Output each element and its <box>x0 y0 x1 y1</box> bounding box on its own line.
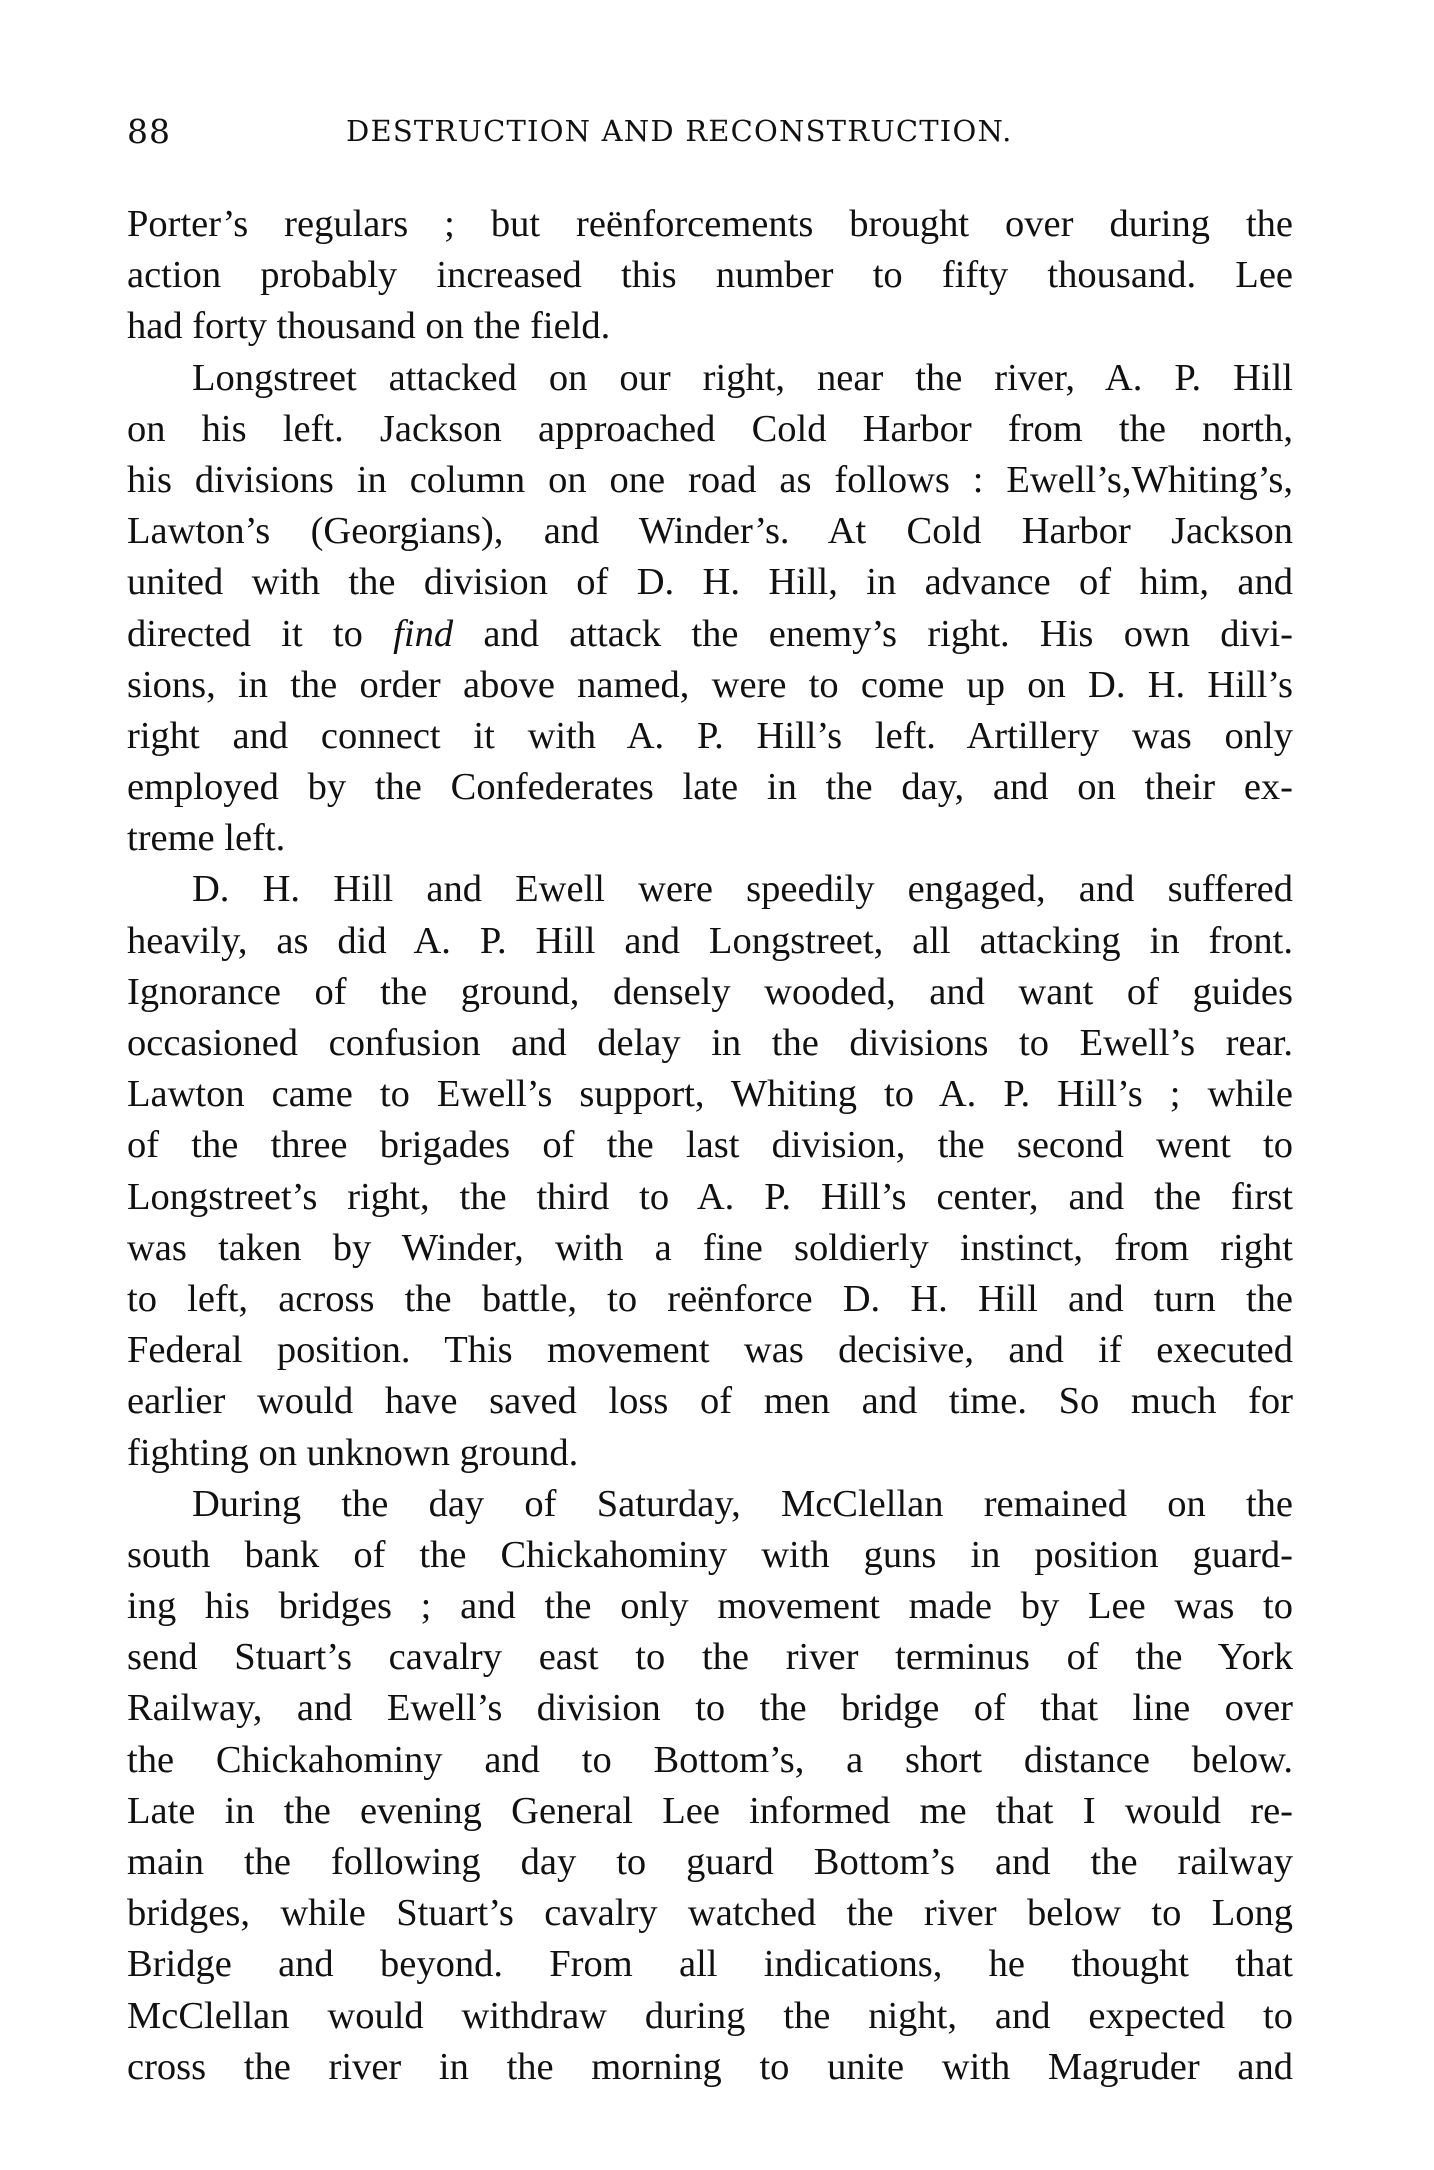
text-line: action probably increased this number to… <box>127 250 1293 301</box>
text-line: directed it to find and attack the enemy… <box>127 609 1293 660</box>
running-head-title: DESTRUCTION AND RECONSTRUCTION. <box>346 114 1013 148</box>
text-run: and attack the enemy’s right. His own di… <box>453 613 1293 655</box>
text-line: Porter’s regulars ; but reënforcements b… <box>127 199 1293 250</box>
page-number: 88 <box>127 112 171 151</box>
text-line: cross the river in the morning to unite … <box>127 2042 1293 2093</box>
text-line: to left, across the battle, to reënforce… <box>127 1274 1293 1325</box>
text-line: main the following day to guard Bottom’s… <box>127 1837 1293 1888</box>
text-line: was taken by Winder, with a fine soldier… <box>127 1223 1293 1274</box>
text-line: earlier would have saved loss of men and… <box>127 1376 1293 1427</box>
text-line: his divisions in column on one road as f… <box>127 455 1293 506</box>
text-line: Railway, and Ewell’s division to the bri… <box>127 1683 1293 1734</box>
text-line: Lawton’s (Georgians), and Winder’s. At C… <box>127 506 1293 557</box>
text-line: Ignorance of the ground, densely wooded,… <box>127 967 1293 1018</box>
text-line: united with the division of D. H. Hill, … <box>127 557 1293 608</box>
text-line: send Stuart’s cavalry east to the river … <box>127 1632 1293 1683</box>
text-line: treme left. <box>127 813 1293 864</box>
text-line: During the day of Saturday, McClellan re… <box>127 1479 1293 1530</box>
text-line: employed by the Confederates late in the… <box>127 762 1293 813</box>
paragraph: During the day of Saturday, McClellan re… <box>127 1479 1293 2093</box>
text-line: heavily, as did A. P. Hill and Longstree… <box>127 916 1293 967</box>
text-line: Lawton came to Ewell’s support, Whiting … <box>127 1069 1293 1120</box>
text-line: on his left. Jackson approached Cold Har… <box>127 404 1293 455</box>
text-line: Federal position. This movement was deci… <box>127 1325 1293 1376</box>
text-line: ing his bridges ; and the only movement … <box>127 1581 1293 1632</box>
body-text: Porter’s regulars ; but reënforcements b… <box>127 199 1293 2093</box>
text-line: D. H. Hill and Ewell were speedily engag… <box>127 864 1293 915</box>
paragraph: Porter’s regulars ; but reënforcements b… <box>127 199 1293 353</box>
text-line: occasioned confusion and delay in the di… <box>127 1018 1293 1069</box>
italic-emphasis: find <box>393 613 453 655</box>
text-line: right and connect it with A. P. Hill’s l… <box>127 711 1293 762</box>
text-line: McClellan would withdraw during the nigh… <box>127 1991 1293 2042</box>
text-line: Longstreet’s right, the third to A. P. H… <box>127 1172 1293 1223</box>
text-line: had forty thousand on the field. <box>127 301 1293 352</box>
text-line: sions, in the order above named, were to… <box>127 660 1293 711</box>
paragraph: Longstreet attacked on our right, near t… <box>127 353 1293 865</box>
text-line: Late in the evening General Lee informed… <box>127 1786 1293 1837</box>
text-line: the Chickahominy and to Bottom’s, a shor… <box>127 1735 1293 1786</box>
text-line: bridges, while Stuart’s cavalry watched … <box>127 1888 1293 1939</box>
running-head: 88 DESTRUCTION AND RECONSTRUCTION. <box>127 112 1293 156</box>
text-line: fighting on unknown ground. <box>127 1428 1293 1479</box>
text-line: south bank of the Chickahominy with guns… <box>127 1530 1293 1581</box>
text-line: of the three brigades of the last divisi… <box>127 1120 1293 1171</box>
text-line: Bridge and beyond. From all indications,… <box>127 1939 1293 1990</box>
paragraph: D. H. Hill and Ewell were speedily engag… <box>127 864 1293 1478</box>
text-run: directed it to <box>127 613 393 655</box>
text-line: Longstreet attacked on our right, near t… <box>127 353 1293 404</box>
